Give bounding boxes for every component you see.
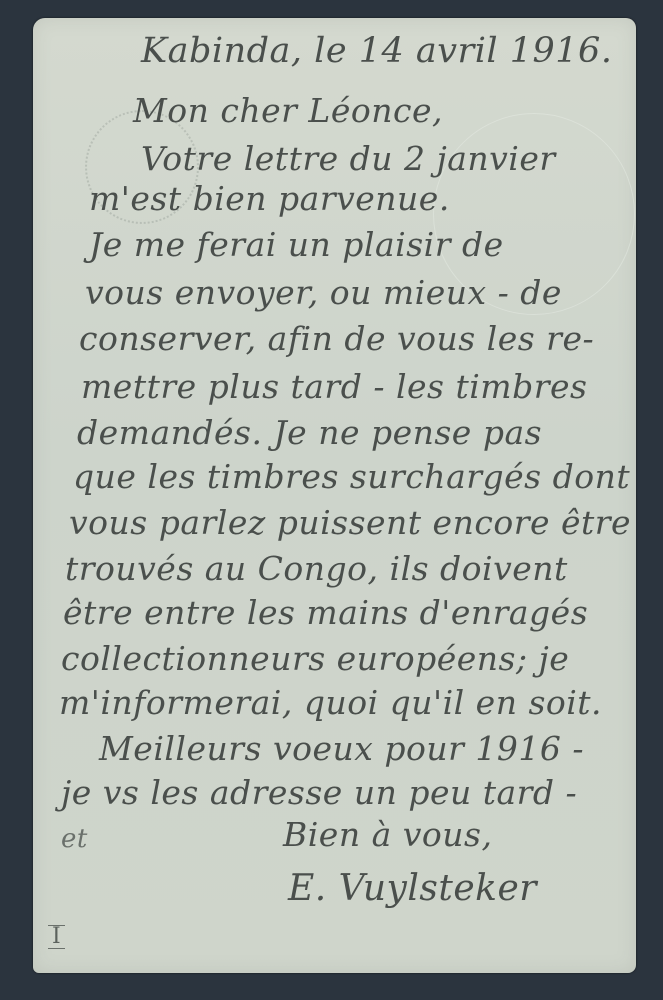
- body-line: trouvés au Congo, ils doivent: [65, 552, 568, 585]
- corner-roman-numeral-mark: I: [48, 925, 65, 949]
- body-line: collectionneurs européens; je: [61, 642, 569, 675]
- body-line: vous envoyer, ou mieux - de: [85, 276, 562, 309]
- body-line: conserver, afin de vous les re-: [79, 322, 594, 355]
- body-line: demandés. Je ne pense pas: [77, 416, 542, 449]
- body-line: je vs les adresse un peu tard -: [61, 776, 577, 809]
- letter-heading: Kabinda, le 14 avril 1916.: [141, 34, 612, 69]
- body-line: vous parlez puissent encore être: [69, 506, 631, 539]
- letter-closing: Bien à vous,: [283, 818, 492, 851]
- body-line: que les timbres surchargés dont: [73, 460, 630, 493]
- postcard: Kabinda, le 14 avril 1916. Mon cher Léon…: [33, 18, 636, 973]
- body-line: Votre lettre du 2 janvier: [141, 142, 556, 175]
- body-line: m'informerai, quoi qu'il en soit.: [59, 686, 602, 719]
- body-line: Meilleurs voeux pour 1916 -: [99, 732, 584, 765]
- body-line: m'est bien parvenue.: [89, 182, 450, 215]
- letter-salutation: Mon cher Léonce,: [133, 94, 443, 127]
- body-line: mettre plus tard - les timbres: [81, 370, 587, 403]
- body-line: Je me ferai un plaisir de: [89, 228, 504, 261]
- body-line: et: [61, 826, 88, 852]
- body-line: être entre les mains d'enragés: [63, 596, 588, 629]
- letter-signature: E. Vuylsteker: [288, 871, 537, 907]
